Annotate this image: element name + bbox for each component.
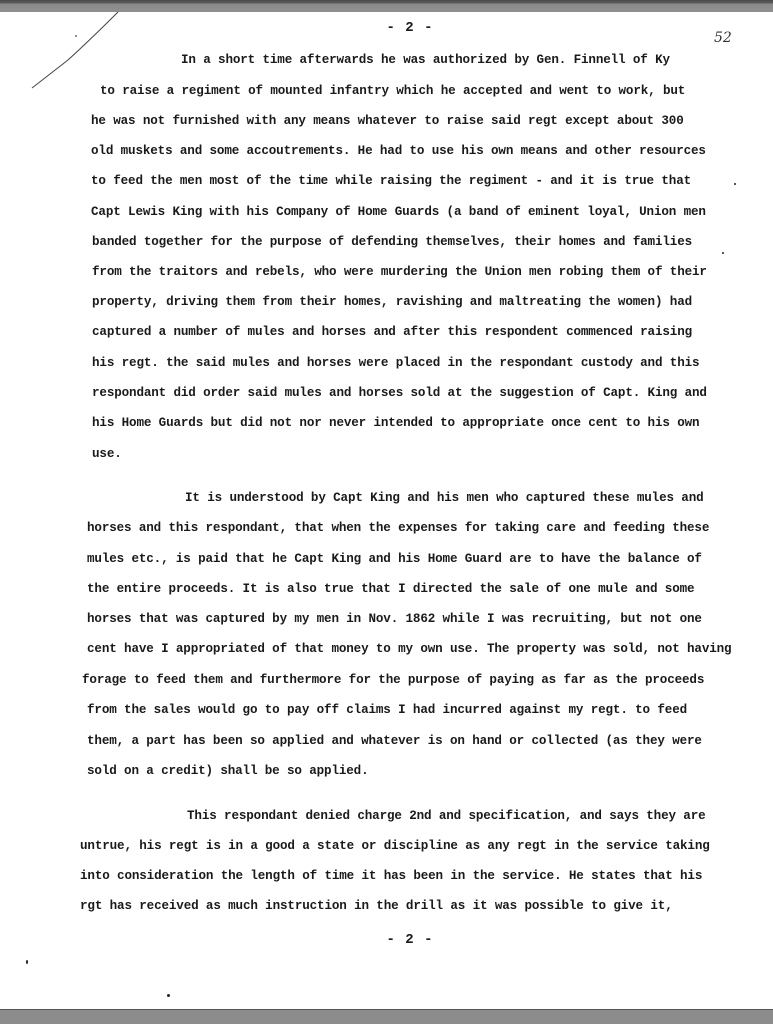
scan-border-bottom [0, 1009, 773, 1024]
text-line: forage to feed them and furthermore for … [82, 672, 704, 688]
text-line: mules etc., is paid that he Capt King an… [87, 551, 702, 567]
scan-speck [26, 960, 28, 964]
text-line: sold on a credit) shall be so applied. [87, 763, 369, 779]
text-line: them, a part has been so applied and wha… [87, 733, 702, 749]
text-line: banded together for the purpose of defen… [92, 234, 692, 250]
text-line: to raise a regiment of mounted infantry … [100, 83, 685, 99]
text-line: from the sales would go to pay off claim… [87, 702, 687, 718]
text-line: captured a number of mules and horses an… [92, 324, 692, 340]
handwritten-folio-number: 52 [714, 30, 732, 46]
scan-speck [734, 183, 736, 185]
text-line: It is understood by Capt King and his me… [185, 490, 704, 506]
page-header-number: - 2 - [0, 20, 773, 36]
text-line: horses that was captured by my men in No… [87, 611, 702, 627]
text-line: to feed the men most of the time while r… [91, 173, 691, 189]
text-line: horses and this respondant, that when th… [87, 520, 709, 536]
text-line: rgt has received as much instruction in … [80, 898, 673, 914]
scan-speck [167, 994, 170, 997]
text-line: his regt. the said mules and horses were… [92, 355, 699, 371]
text-line: from the traitors and rebels, who were m… [92, 264, 707, 280]
text-line: untrue, his regt is in a good a state or… [80, 838, 710, 854]
text-line: his Home Guards but did not nor never in… [92, 415, 699, 431]
text-line: cent have I appropriated of that money t… [87, 641, 731, 657]
text-line: Capt Lewis King with his Company of Home… [91, 204, 706, 220]
text-line: he was not furnished with any means what… [91, 113, 684, 129]
text-line: property, driving them from their homes,… [92, 294, 692, 310]
text-line: In a short time afterwards he was author… [181, 52, 670, 68]
text-line: into consideration the length of time it… [80, 868, 702, 884]
scan-speck [722, 252, 724, 254]
text-line: the entire proceeds. It is also true tha… [87, 581, 694, 597]
text-line: This respondant denied charge 2nd and sp… [187, 808, 706, 824]
page-footer-number: - 2 - [0, 932, 773, 948]
text-line: use. [92, 446, 122, 462]
text-line: respondant did order said mules and hors… [92, 385, 707, 401]
text-line: old muskets and some accoutrements. He h… [91, 143, 706, 159]
